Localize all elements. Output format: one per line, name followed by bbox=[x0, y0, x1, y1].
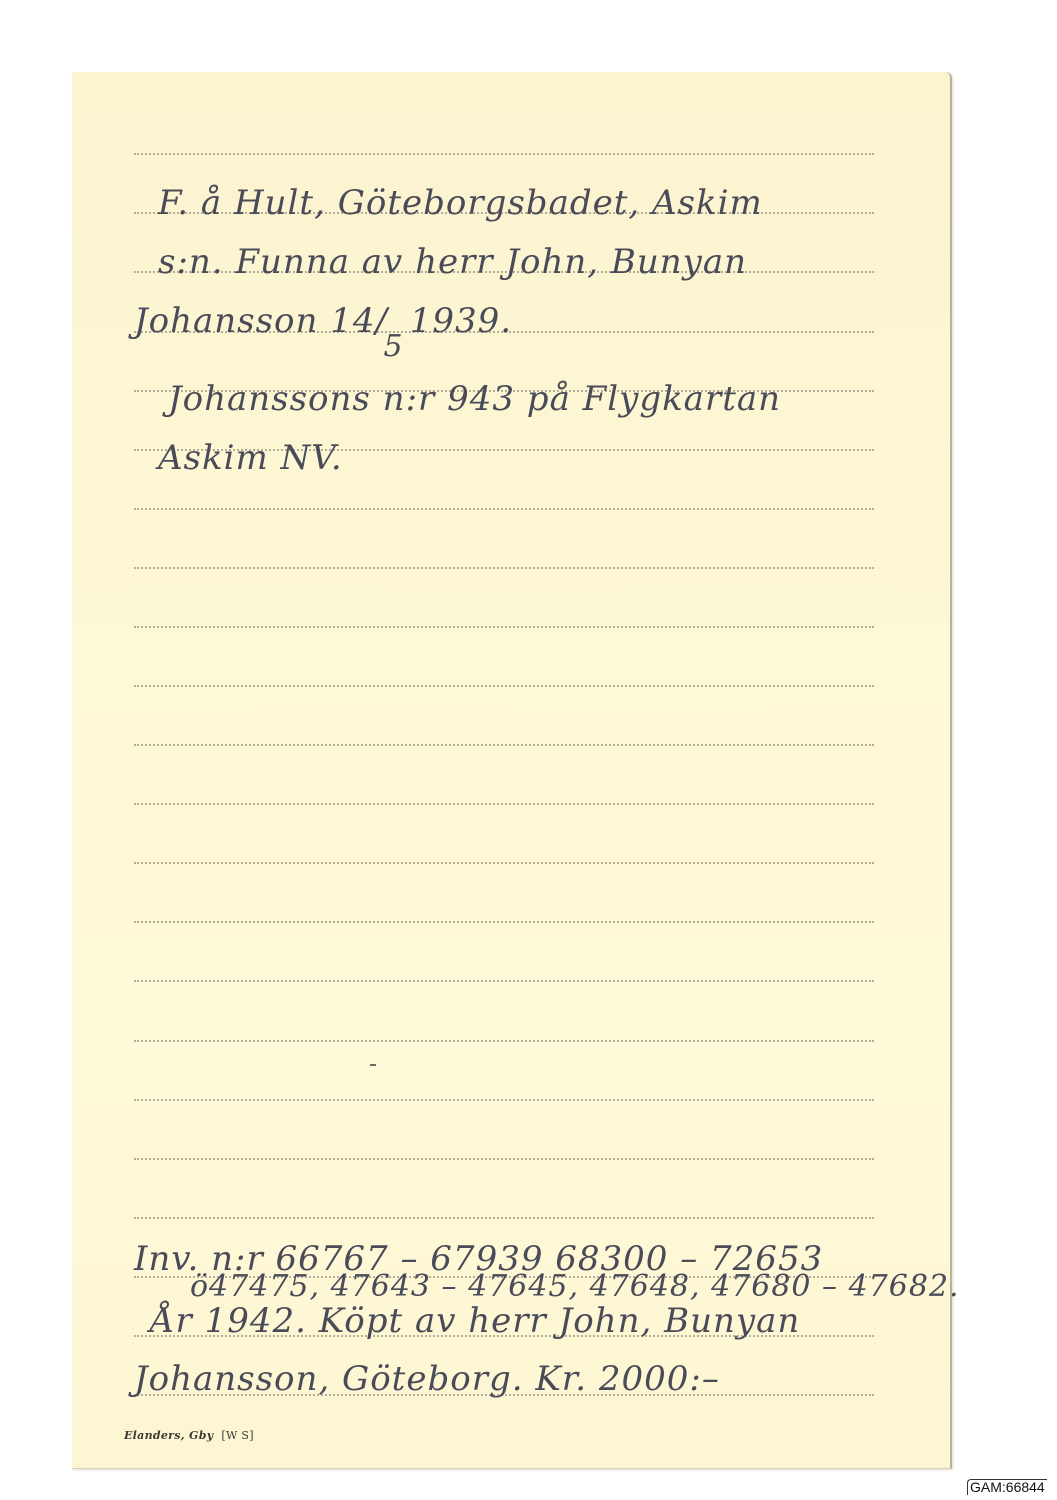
collector-name: Johansson 14 bbox=[134, 301, 376, 341]
catalog-card: F. å Hult, Göteborgsbadet, Askim s:n. Fu… bbox=[72, 72, 952, 1469]
printer-code: [W S] bbox=[221, 1429, 253, 1442]
date-fraction: /5 bbox=[376, 304, 388, 338]
ruled-line bbox=[134, 744, 874, 746]
ruled-line bbox=[134, 567, 874, 569]
acquisition-line-1: År 1942. Köpt av herr John, Bunyan bbox=[150, 1304, 800, 1338]
ruled-line bbox=[134, 626, 874, 628]
inventory-numbers-line-2: ö47475, 47643 – 47645, 47648, 47680 – 47… bbox=[190, 1272, 960, 1302]
handwritten-line-2: s:n. Funna av herr John, Bunyan bbox=[158, 245, 747, 279]
ruled-line bbox=[134, 685, 874, 687]
handwritten-line-4: Johanssons n:r 943 på Flygkartan bbox=[168, 382, 781, 416]
ruled-line bbox=[134, 1040, 874, 1042]
acquisition-line-2: Johansson, Göteborg. Kr. 2000:– bbox=[134, 1362, 720, 1396]
ruled-line bbox=[134, 980, 874, 982]
handwritten-line-1: F. å Hult, Göteborgsbadet, Askim bbox=[158, 186, 763, 220]
ruled-line bbox=[134, 508, 874, 510]
ruled-line bbox=[134, 1217, 874, 1219]
date-month: 5 bbox=[384, 332, 404, 362]
ruled-line bbox=[134, 153, 874, 155]
ruled-line bbox=[134, 1099, 874, 1101]
stray-ink-mark bbox=[370, 1064, 376, 1066]
printer-imprint: Elanders, Gby[W S] bbox=[124, 1429, 254, 1442]
ruled-line bbox=[134, 803, 874, 805]
date-year: 1939. bbox=[410, 301, 512, 341]
printer-name: Elanders, Gby bbox=[124, 1429, 213, 1442]
handwritten-line-5: Askim NV. bbox=[158, 441, 343, 475]
catalog-id-label: GAM:66844 bbox=[967, 1479, 1047, 1495]
ruled-line bbox=[134, 921, 874, 923]
ruled-line bbox=[134, 862, 874, 864]
ruled-line bbox=[134, 1158, 874, 1160]
handwritten-line-3: Johansson 14/5 1939. bbox=[134, 304, 512, 338]
